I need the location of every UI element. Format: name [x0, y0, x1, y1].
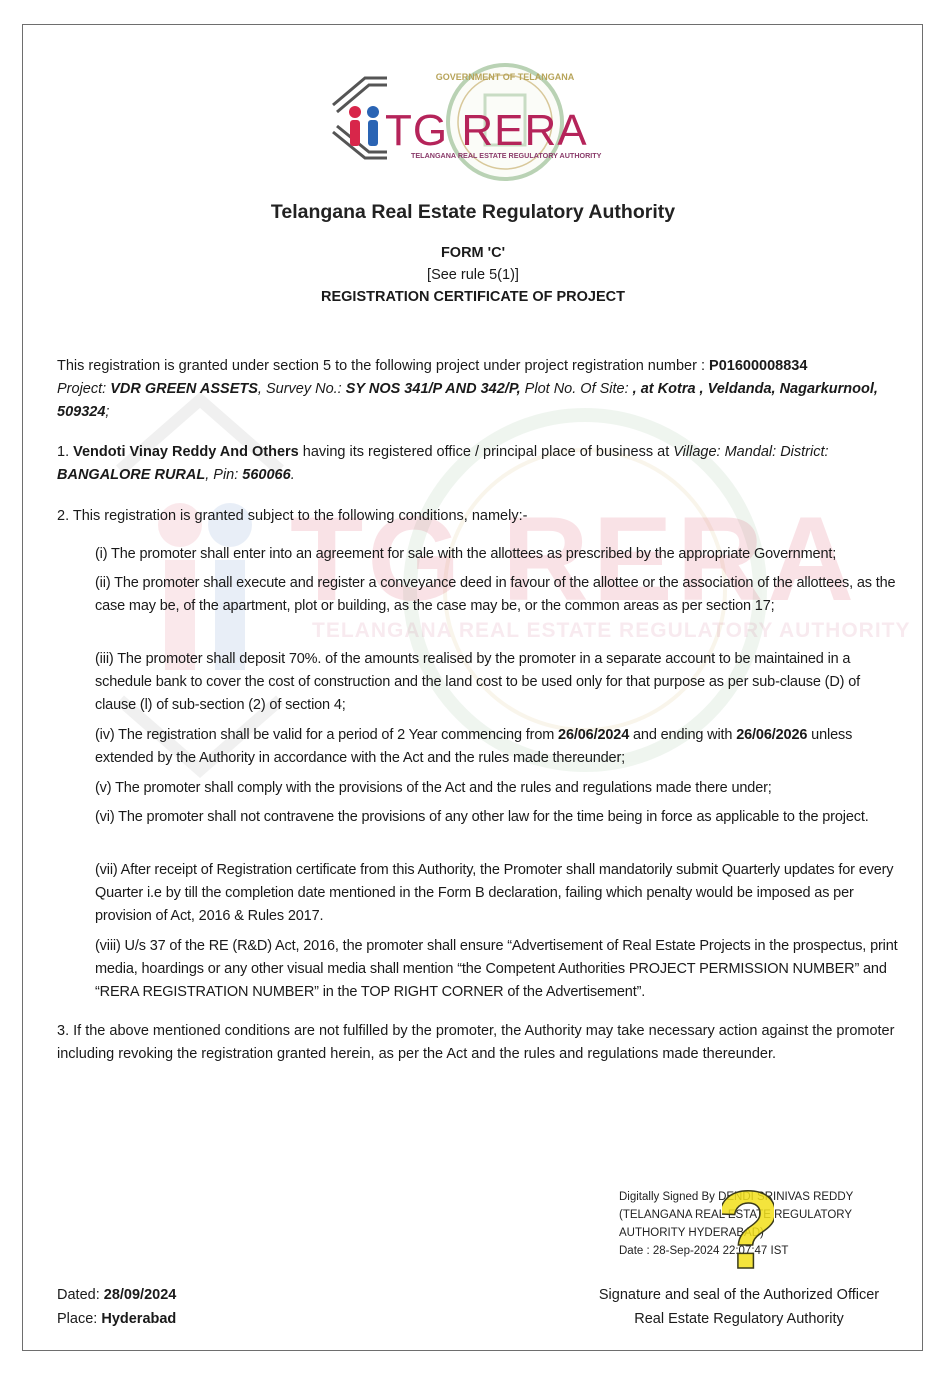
form-label: FORM 'C': [0, 245, 946, 261]
house-roof-icon: [333, 78, 387, 158]
promoter-district: BANGALORE RURAL: [57, 467, 205, 483]
people-icon: [349, 106, 379, 146]
signature-caption: Signature and seal of the Authorized Off…: [580, 1283, 898, 1331]
authority-title: Telangana Real Estate Regulatory Authori…: [0, 201, 946, 224]
condition-iii: (iii) The promoter shall deposit 70%. of…: [95, 648, 900, 717]
clause-3: 3. If the above mentioned conditions are…: [57, 1020, 899, 1066]
svg-text:GOVERNMENT OF TELANGANA: GOVERNMENT OF TELANGANA: [436, 72, 575, 82]
valid-to-date: 26/06/2026: [736, 727, 807, 743]
promoter-details: 1. Vendoti Vinay Reddy And Others having…: [57, 441, 895, 487]
condition-iv: (iv) The registration shall be valid for…: [95, 724, 900, 770]
promoter-pin: 560066: [242, 467, 290, 483]
registration-intro: This registration is granted under secti…: [57, 355, 895, 424]
svg-text:?: ?: [722, 1176, 774, 1276]
svg-text:TELANGANA REAL ESTATE REGULATO: TELANGANA REAL ESTATE REGULATORY AUTHORI…: [411, 151, 602, 160]
place-value: Hyderabad: [101, 1311, 176, 1327]
condition-i: (i) The promoter shall enter into an agr…: [95, 543, 900, 566]
project-name: VDR GREEN ASSETS: [110, 381, 258, 397]
condition-ii: (ii) The promoter shall execute and regi…: [95, 572, 900, 618]
svg-text:TG RERA: TG RERA: [385, 106, 588, 155]
registration-number: P01600008834: [709, 358, 807, 374]
conditions-intro: 2. This registration is granted subject …: [57, 505, 895, 528]
promoter-name: Vendoti Vinay Reddy And Others: [73, 444, 299, 460]
rule-reference: [See rule 5(1)]: [0, 267, 946, 283]
condition-viii: (viii) U/s 37 of the RE (R&D) Act, 2016,…: [95, 935, 900, 1004]
tg-rera-logo: GOVERNMENT OF TELANGANA TG RERA TELANGAN…: [325, 60, 625, 190]
survey-number: SY NOS 341/P AND 342/P,: [346, 381, 521, 397]
place-line: Place: Hyderabad: [57, 1307, 176, 1331]
dated-value: 28/09/2024: [104, 1287, 177, 1303]
dated-line: Dated: 28/09/2024: [57, 1283, 176, 1307]
valid-from-date: 26/06/2024: [558, 727, 629, 743]
date-place-block: Dated: 28/09/2024 Place: Hyderabad: [57, 1283, 176, 1331]
question-mark-icon[interactable]: ?: [722, 1176, 774, 1276]
condition-v: (v) The promoter shall comply with the p…: [95, 777, 900, 800]
condition-vi: (vi) The promoter shall not contravene t…: [95, 806, 900, 829]
condition-vii: (vii) After receipt of Registration cert…: [95, 859, 900, 928]
certificate-title: REGISTRATION CERTIFICATE OF PROJECT: [0, 289, 946, 305]
